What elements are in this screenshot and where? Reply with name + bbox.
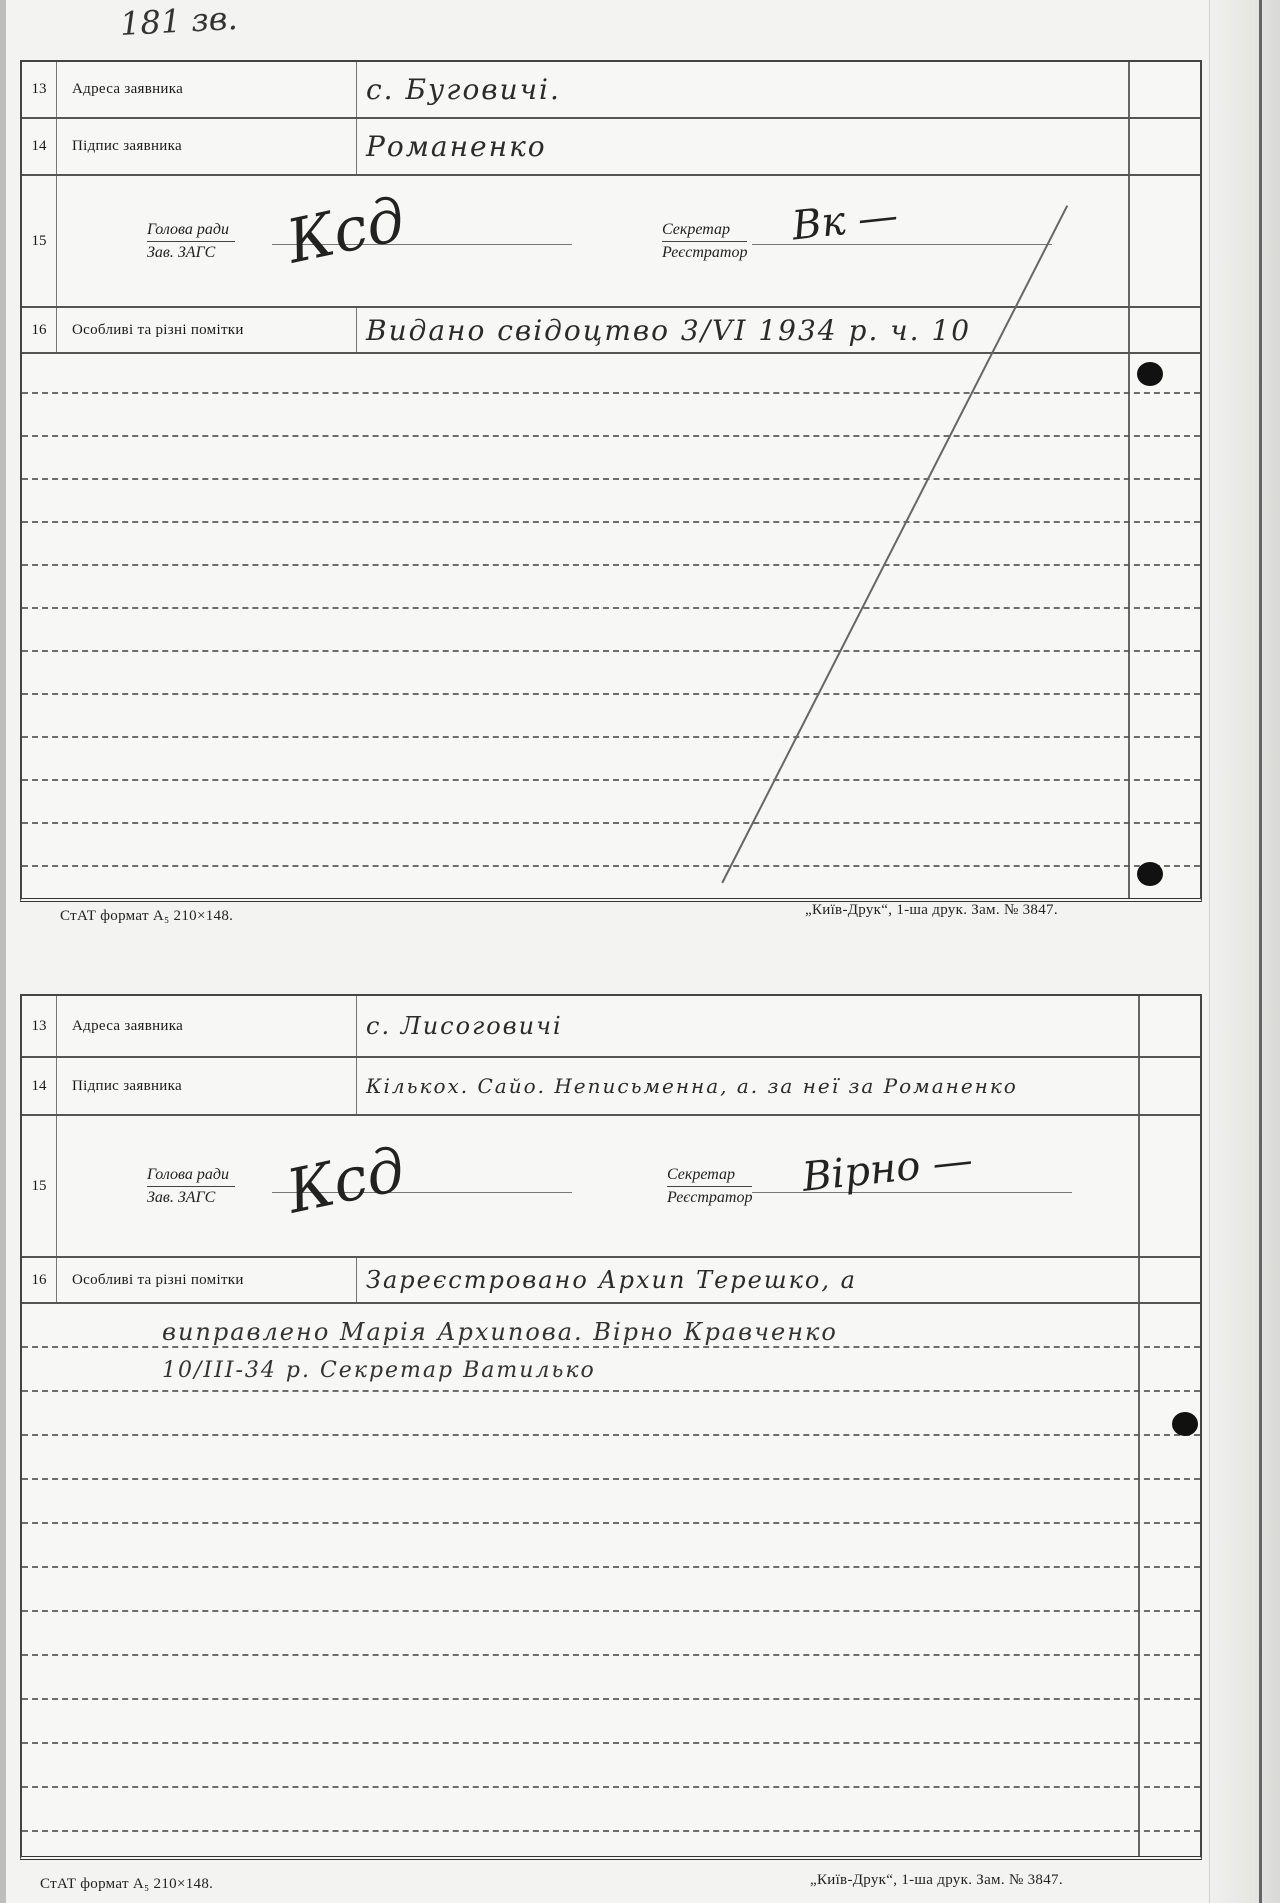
registration-form-1: 13 Адреса заявника с. Буговичі. 14 Підпи… (20, 60, 1202, 902)
applicant-signature-field[interactable]: Романенко (346, 119, 1034, 174)
punch-hole (1137, 362, 1163, 386)
remarks-line-2[interactable]: 10/III-34 р. Секретар Ватилько (162, 1358, 1110, 1383)
remarks-line-1[interactable]: виправлено Марія Архипова. Вірно Кравчен… (162, 1318, 1110, 1346)
applicant-address-field[interactable]: с. Буговичі. (346, 62, 1034, 117)
head-signature[interactable]: Ксд (281, 1134, 411, 1227)
row-label: Адреса заявника (58, 996, 357, 1056)
row-15-official-signatures: 15 Голова ради Зав. ЗАГС Ксд Секретар Ре… (22, 1116, 1200, 1258)
signature-line (752, 1192, 1072, 1193)
caption-secretary: Секретар (667, 1164, 752, 1187)
row-number: 16 (22, 308, 57, 352)
punch-hole (1172, 1412, 1198, 1436)
caption-head-of-council: Голова ради (147, 219, 235, 242)
row-label: Підпис заявника (58, 1058, 357, 1114)
row-number: 14 (22, 1058, 57, 1114)
remarks-field[interactable]: Зареєстровано Архип Терешко, а (346, 1258, 1170, 1302)
applicant-signature-field[interactable]: Кількох. Сайо. Неписьменна, а. за неї за… (346, 1058, 1200, 1114)
form-footer-printer: „Київ-Друк“, 1-ша друк. Зам. № 3847. (810, 1872, 1063, 1889)
row-label: Адреса заявника (58, 62, 357, 117)
punch-hole (1137, 862, 1163, 886)
row-14-applicant-signature: 14 Підпис заявника Кількох. Сайо. Непись… (22, 1058, 1200, 1116)
row-14-applicant-signature: 14 Підпис заявника Романенко (22, 119, 1200, 176)
row-16-remarks: 16 Особливі та різні помітки Видано свід… (22, 308, 1200, 354)
caption-registrar: Реєстратор (662, 242, 747, 264)
row-label: Особливі та різні помітки (58, 1258, 357, 1302)
form-footer-format: СтАТ формат A₅ 210×148. (60, 908, 233, 925)
head-of-council-signature-block: Голова ради Зав. ЗАГС (147, 176, 235, 306)
archive-number: 181 зв. (119, 0, 238, 43)
row-number: 15 (22, 176, 57, 306)
head-signature[interactable]: Ксд (281, 184, 411, 277)
row-number: 15 (22, 1116, 57, 1256)
remarks-field[interactable]: Видано свідоцтво 3/VI 1934 р. ч. 10 (346, 308, 1170, 352)
secretary-signature[interactable]: Вк — (790, 193, 900, 250)
row-label: Підпис заявника (58, 119, 357, 174)
caption-secretary: Секретар (662, 219, 747, 242)
form-footer-printer: „Київ-Друк“, 1-ша друк. Зам. № 3847. (805, 902, 1058, 919)
caption-head-of-council: Голова ради (147, 1164, 235, 1187)
row-number: 14 (22, 119, 57, 174)
row-13-applicant-address: 13 Адреса заявника с. Буговичі. (22, 62, 1200, 119)
row-number: 13 (22, 62, 57, 117)
caption-registry-head: Зав. ЗАГС (147, 1187, 235, 1209)
form-footer-format: СтАТ формат A₅ 210×148. (40, 1876, 213, 1893)
caption-registry-head: Зав. ЗАГС (147, 242, 235, 264)
applicant-address-field[interactable]: с. Лисоговичі (346, 996, 1034, 1056)
registration-form-2: 13 Адреса заявника с. Лисоговичі 14 Підп… (20, 994, 1202, 1860)
row-number: 13 (22, 996, 57, 1056)
row-number: 16 (22, 1258, 57, 1302)
row-16-remarks: 16 Особливі та різні помітки Зареєстрова… (22, 1258, 1200, 1304)
secretary-signature-block: Секретар Реєстратор (662, 176, 747, 306)
row-13-applicant-address: 13 Адреса заявника с. Лисоговичі (22, 996, 1200, 1058)
caption-registrar: Реєстратор (667, 1187, 752, 1209)
head-of-council-signature-block: Голова ради Зав. ЗАГС (147, 1116, 235, 1256)
page-edge-right (1209, 0, 1280, 1903)
page-edge-left (0, 0, 6, 1903)
secretary-signature-block: Секретар Реєстратор (667, 1116, 752, 1256)
row-label: Особливі та різні помітки (58, 308, 357, 352)
